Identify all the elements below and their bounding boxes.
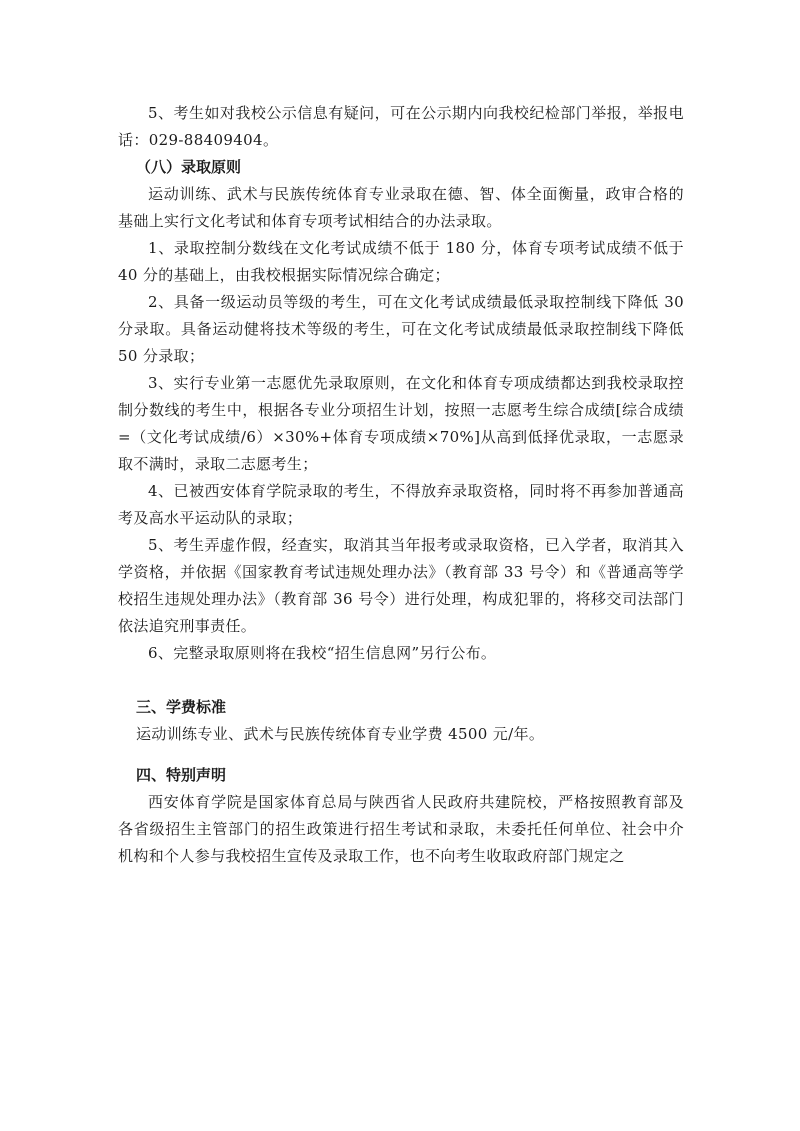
rule-5-paragraph: 5、考生弄虚作假，经查实，取消其当年报考或录取资格，已入学者，取消其入学资格，并…: [118, 532, 684, 640]
document-page: 5、考生如对我校公示信息有疑问，可在公示期内向我校纪检部门举报，举报电话：029…: [118, 100, 684, 870]
report-contact-paragraph: 5、考生如对我校公示信息有疑问，可在公示期内向我校纪检部门举报，举报电话：029…: [118, 100, 684, 154]
special-statement-paragraph: 西安体育学院是国家体育总局与陕西省人民政府共建院校，严格按照教育部及各省级招生主…: [118, 789, 684, 870]
tuition-paragraph: 运动训练专业、武术与民族传统体育专业学费 4500 元/年。: [118, 721, 684, 748]
section-heading-special-statement: 四、特别声明: [118, 762, 684, 789]
spacer: [118, 667, 684, 694]
rule-2-paragraph: 2、具备一级运动员等级的考生，可在文化考试成绩最低录取控制线下降低 30 分录取…: [118, 289, 684, 370]
spacer: [118, 748, 684, 762]
rule-4-paragraph: 4、已被西安体育学院录取的考生，不得放弃录取资格，同时将不再参加普通高考及高水平…: [118, 478, 684, 532]
rule-3-paragraph: 3、实行专业第一志愿优先录取原则，在文化和体育专项成绩都达到我校录取控制分数线的…: [118, 370, 684, 478]
section-heading-tuition: 三、学费标准: [118, 694, 684, 721]
rule-1-paragraph: 1、录取控制分数线在文化考试成绩不低于 180 分，体育专项考试成绩不低于 40…: [118, 235, 684, 289]
rule-6-paragraph: 6、完整录取原则将在我校“招生信息网”另行公布。: [118, 640, 684, 667]
section-heading-admission-principles: （八）录取原则: [118, 154, 684, 181]
admission-intro-paragraph: 运动训练、武术与民族传统体育专业录取在德、智、体全面衡量，政审合格的基础上实行文…: [118, 181, 684, 235]
